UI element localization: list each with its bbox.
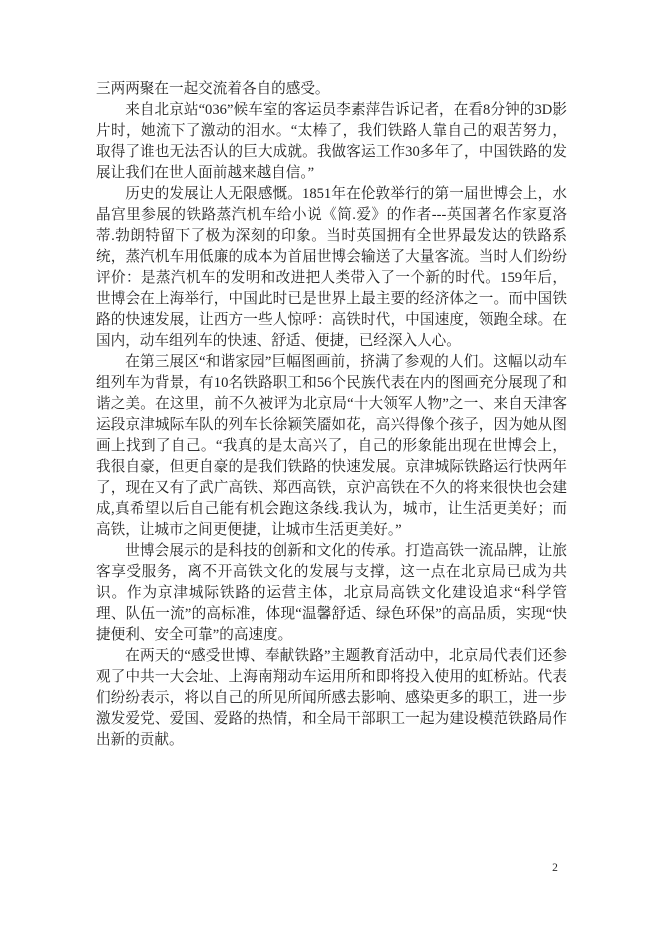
document-body: 三两两聚在一起交流着各自的感受。 来自北京站“036”候车室的客运员李素萍告诉记… — [96, 79, 567, 751]
paragraph-continuation: 三两两聚在一起交流着各自的感受。 — [96, 79, 567, 100]
paragraph: 世博会展示的是科技的创新和文化的传承。打造高铁一流品牌，让旅客享受服务，离不开高… — [96, 541, 567, 646]
paragraph: 来自北京站“036”候车室的客运员李素萍告诉记者，在看8分钟的3D影片时，她流下… — [96, 100, 567, 184]
page-number: 2 — [540, 861, 570, 876]
paragraph: 历史的发展让人无限感慨。1851年在伦敦举行的第一届世博会上，水晶宫里参展的铁路… — [96, 184, 567, 352]
document-page: 三两两聚在一起交流着各自的感受。 来自北京站“036”候车室的客运员李素萍告诉记… — [0, 0, 661, 935]
paragraph: 在第三展区“和谐家园”巨幅图画前，挤满了参观的人们。这幅以动车组列车为背景，有1… — [96, 352, 567, 541]
paragraph: 在两天的“感受世博、奉献铁路”主题教育活动中，北京局代表们还参观了中共一大会址、… — [96, 646, 567, 751]
